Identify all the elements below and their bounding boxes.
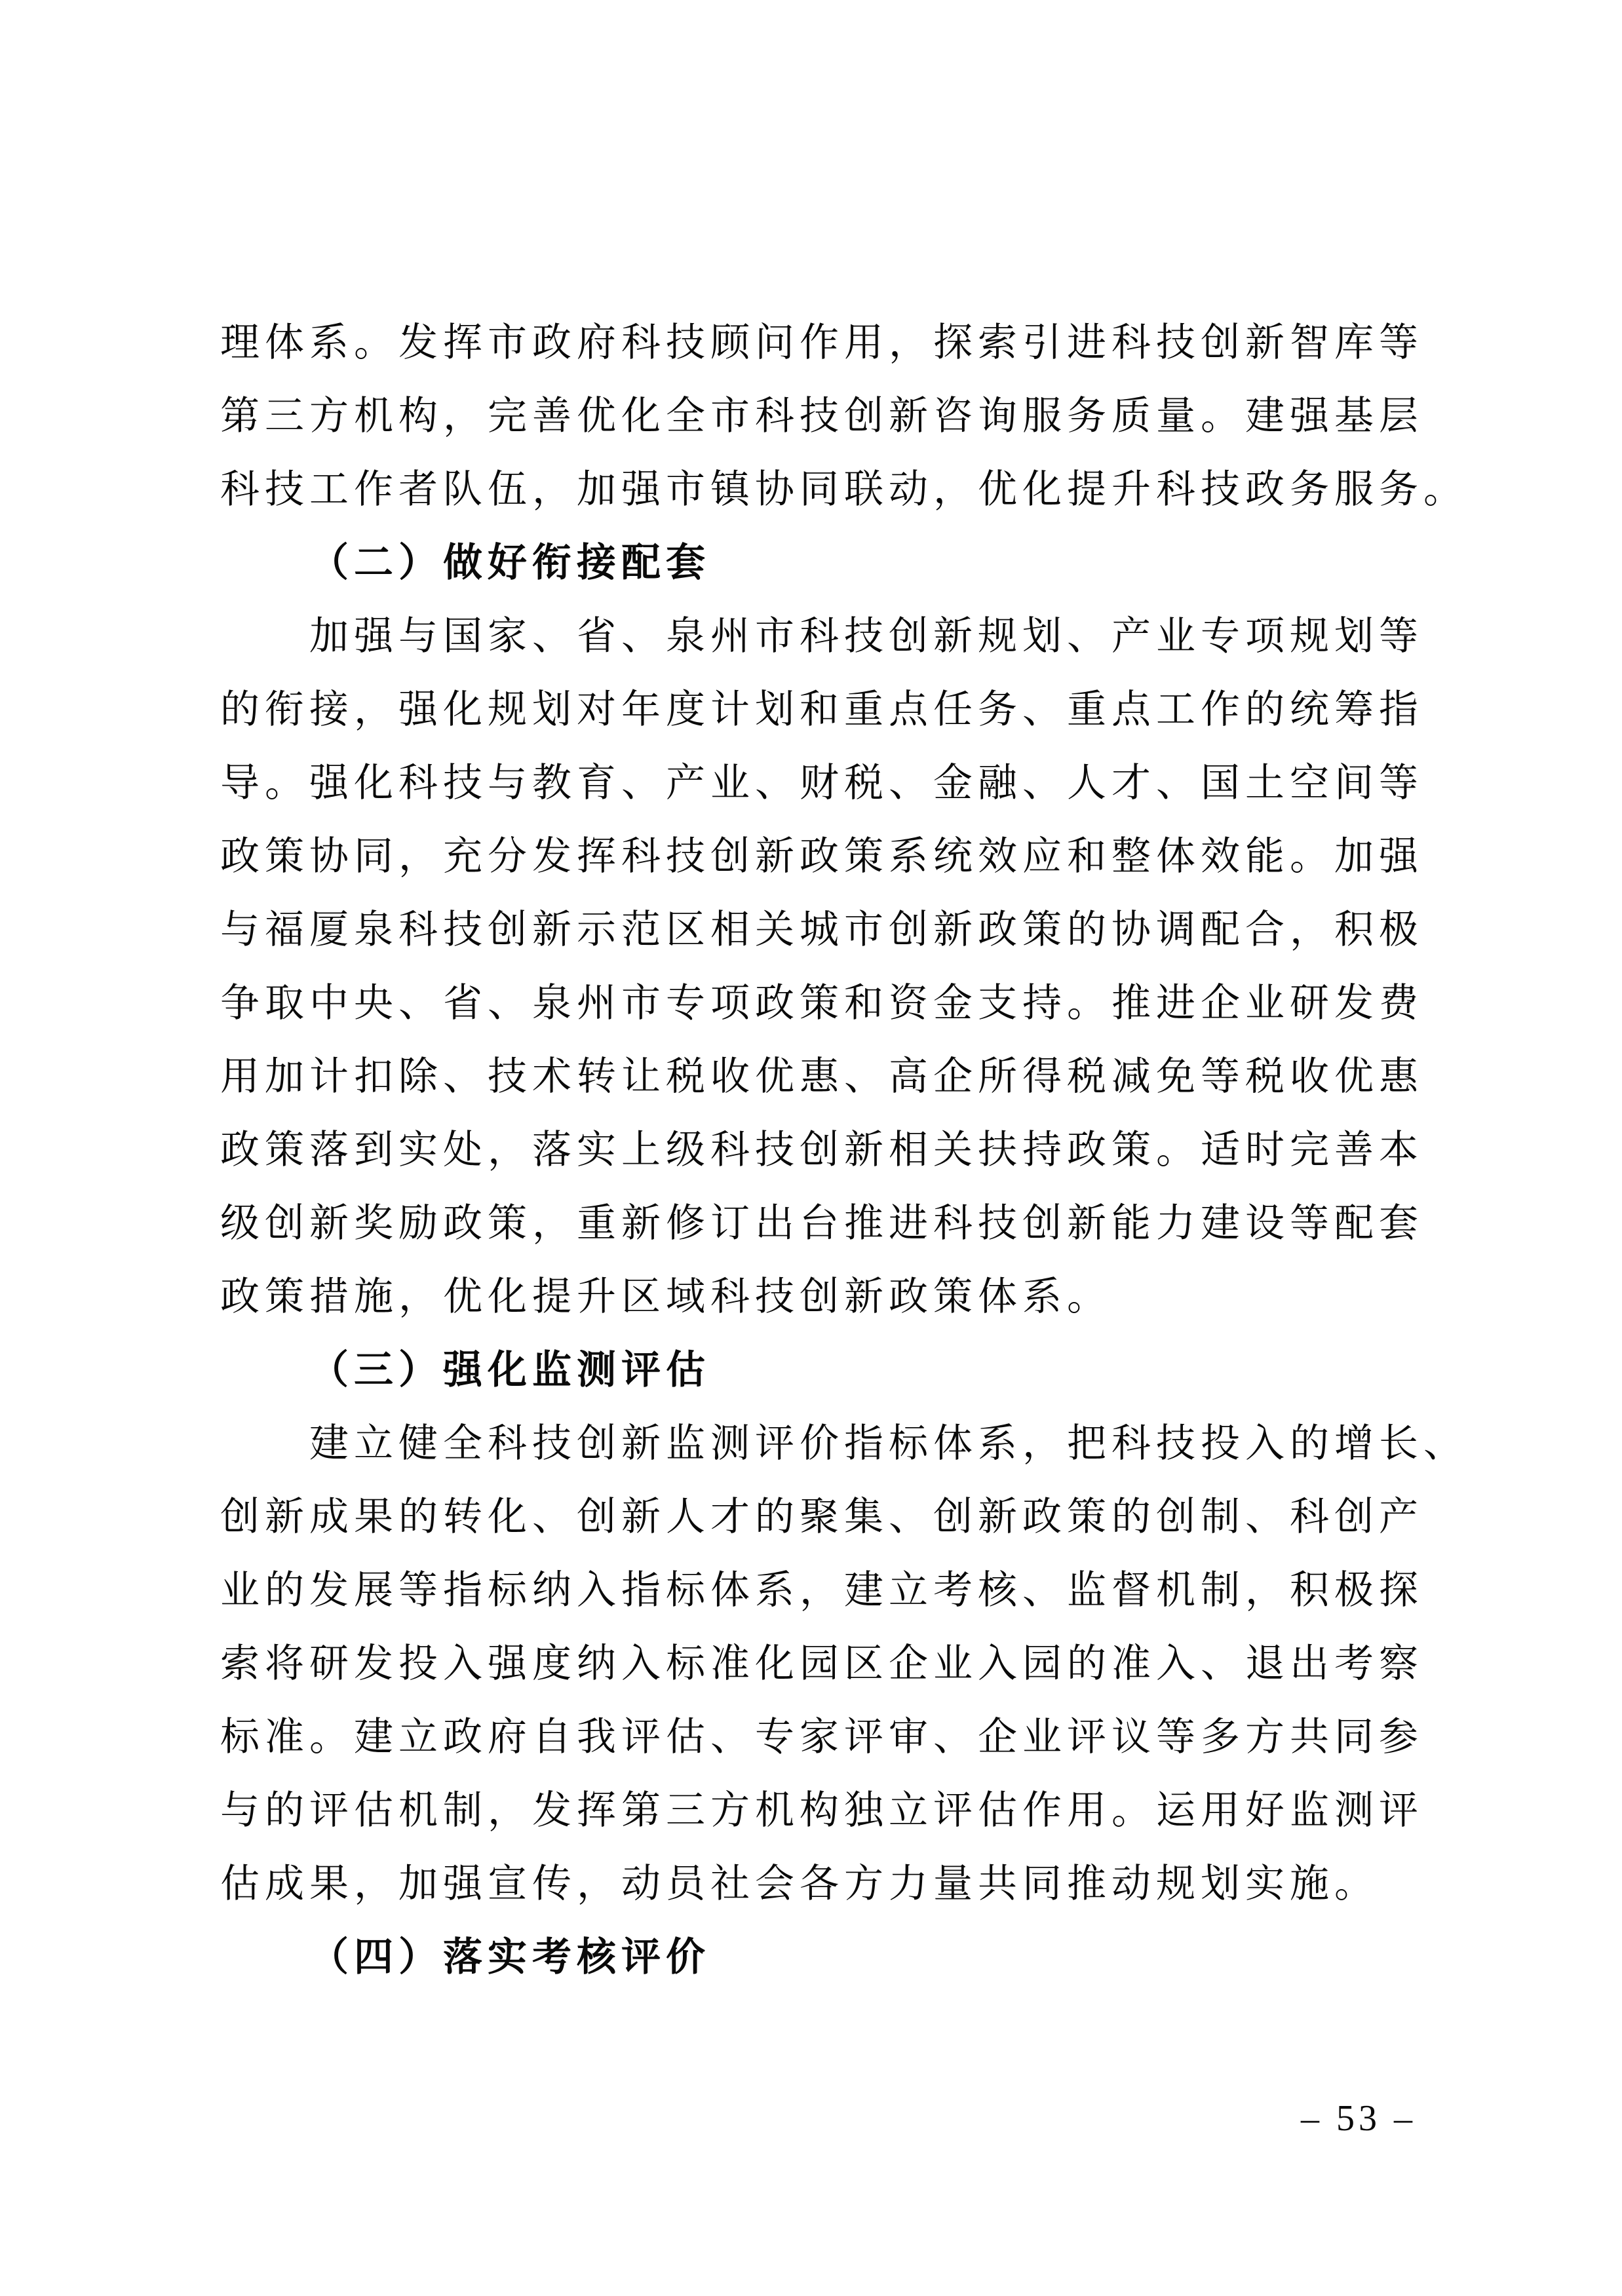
text-line: 政策落到实处，落实上级科技创新相关扶持政策。适时完善本 <box>220 1113 1439 1187</box>
text-line: 加强与国家、省、泉州市科技创新规划、产业专项规划等 <box>220 600 1439 673</box>
text-line: 业的发展等指标纳入指标体系，建立考核、监督机制，积极探 <box>220 1554 1439 1627</box>
text-line: （四）落实考核评价 <box>220 1921 1439 1994</box>
text-line: 用加计扣除、技术转让税收优惠、高企所得税减免等税收优惠 <box>220 1040 1439 1113</box>
text-line: 第三方机构，完善优化全市科技创新咨询服务质量。建强基层 <box>220 379 1439 453</box>
text-line: 与的评估机制，发挥第三方机构独立评估作用。运用好监测评 <box>220 1774 1439 1847</box>
text-line: 争取中央、省、泉州市专项政策和资金支持。推进企业研发费 <box>220 966 1439 1040</box>
text-line: 估成果，加强宣传，动员社会各方力量共同推动规划实施。 <box>220 1847 1439 1921</box>
text-line: 建立健全科技创新监测评价指标体系，把科技投入的增长、 <box>220 1407 1439 1480</box>
text-line: 科技工作者队伍，加强市镇协同联动，优化提升科技政务服务。 <box>220 453 1439 526</box>
text-line: 级创新奖励政策，重新修订出台推进科技创新能力建设等配套 <box>220 1187 1439 1260</box>
text-line: 创新成果的转化、创新人才的聚集、创新政策的创制、科创产 <box>220 1480 1439 1554</box>
text-line: 标准。建立政府自我评估、专家评审、企业评议等多方共同参 <box>220 1700 1439 1774</box>
text-line: 理体系。发挥市政府科技顾问作用，探索引进科技创新智库等 <box>220 306 1439 379</box>
text-line: 导。强化科技与教育、产业、财税、金融、人才、国土空间等 <box>220 746 1439 820</box>
text-line: （三）强化监测评估 <box>220 1333 1439 1407</box>
document-page: 理体系。发挥市政府科技顾问作用，探索引进科技创新智库等第三方机构，完善优化全市科… <box>0 0 1622 2296</box>
text-line: 索将研发投入强度纳入标准化园区企业入园的准入、退出考察 <box>220 1627 1439 1700</box>
text-line: 政策措施，优化提升区域科技创新政策体系。 <box>220 1260 1439 1333</box>
text-line: 与福厦泉科技创新示范区相关城市创新政策的协调配合，积极 <box>220 893 1439 966</box>
page-number: – 53 – <box>1301 2095 1416 2141</box>
text-line: 政策协同，充分发挥科技创新政策系统效应和整体效能。加强 <box>220 820 1439 893</box>
document-body: 理体系。发挥市政府科技顾问作用，探索引进科技创新智库等第三方机构，完善优化全市科… <box>220 306 1439 1994</box>
text-line: （二）做好衔接配套 <box>220 526 1439 600</box>
text-line: 的衔接，强化规划对年度计划和重点任务、重点工作的统筹指 <box>220 673 1439 746</box>
